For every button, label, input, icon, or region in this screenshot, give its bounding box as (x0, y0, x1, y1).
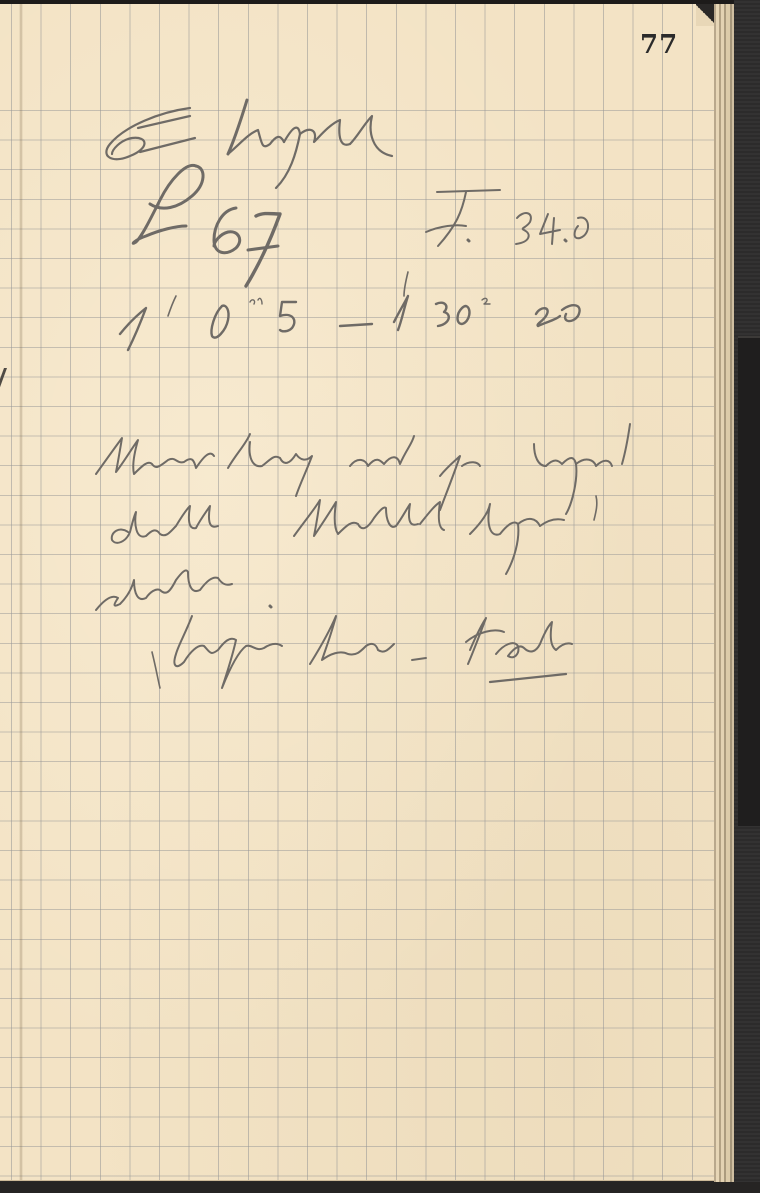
notebook-page: 77 (0, 4, 716, 1181)
cover-band (738, 336, 760, 826)
catalog-value-strokes (426, 190, 588, 246)
time-line-strokes (120, 272, 580, 350)
note-line-1-strokes (96, 424, 630, 514)
header-line-strokes (106, 100, 392, 188)
note-line-3-strokes (96, 570, 271, 610)
handwriting-strokes (0, 4, 716, 1180)
catalog-designation-strokes (133, 165, 280, 286)
note-line-4-strokes (152, 616, 572, 688)
scan-bottom-edge (0, 1182, 760, 1193)
underline (490, 674, 566, 682)
note-line-2-strokes (112, 496, 597, 574)
notebook-cover (734, 0, 760, 1193)
page-stack-edges (714, 4, 736, 1184)
